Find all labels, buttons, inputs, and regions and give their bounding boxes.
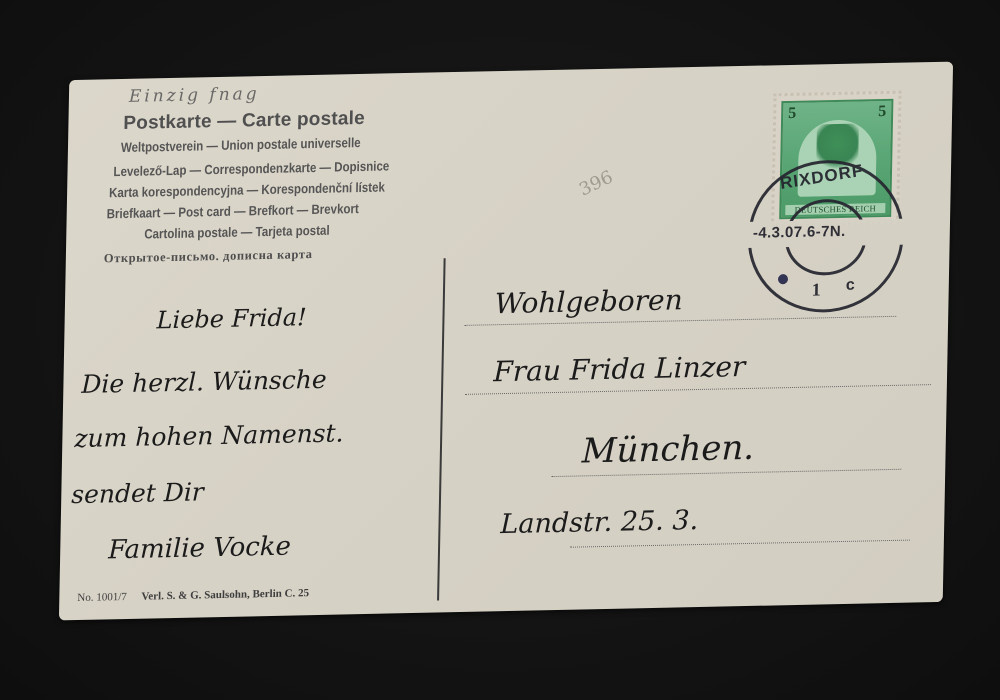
header-line-2: Levelező-Lap — Correspondenzkarte — Dopi… [113, 158, 389, 179]
postmark-dot-icon [778, 274, 788, 284]
postmark-office-number: 1 [812, 279, 821, 300]
postcard-title: Postkarte — Carte postale [123, 108, 365, 135]
message-line-2: Die herzl. Wünsche [81, 365, 327, 399]
address-dotted-line-4 [570, 540, 910, 548]
publisher-number: No. 1001/7 [77, 591, 127, 604]
message-line-1: Liebe Frida! [156, 303, 307, 334]
message-line-4: sendet Dir [71, 477, 204, 509]
header-cyrillic: Открытое-письмо. дописна карта [104, 247, 313, 266]
postcard: Einzig fnag Postkarte — Carte postale We… [59, 62, 953, 621]
postmark-office-letter: c [846, 277, 855, 295]
stamp-value-right: 5 [878, 103, 886, 121]
faint-pencil-number: 396 [576, 167, 616, 201]
address-line-3: München. [581, 428, 754, 472]
card-divider-line [437, 258, 446, 600]
address-line-4: Landstr. 25. 3. [500, 505, 698, 540]
address-line-1: Wohlgeboren [494, 283, 683, 320]
address-line-2: Frau Frida Linzer [493, 350, 746, 388]
publisher-imprint: No. 1001/7 Verl. S. & G. Saulsohn, Berli… [77, 587, 309, 604]
message-line-5: Familie Vocke [108, 532, 291, 566]
header-line-1: Weltpostverein — Union postale universel… [121, 135, 361, 155]
postmark-date: -4.3.07.6-7N. [753, 223, 846, 242]
stamp-value-left: 5 [788, 105, 796, 123]
header-line-3: Karta korespondencyjna — Korespondenční … [109, 179, 385, 200]
message-line-3: zum hohen Namenst. [74, 418, 344, 453]
header-line-4: Briefkaart — Post card — Brefkort — Brev… [107, 201, 359, 221]
postmark-cancellation: RIXDORF -4.3.07.6-7N. 1 c [746, 159, 905, 314]
pencil-note: Einzig fnag [129, 84, 260, 107]
header-line-5: Cartolina postale — Tarjeta postal [144, 223, 330, 242]
publisher-name: Verl. S. & G. Saulsohn, Berlin C. 25 [141, 587, 309, 603]
